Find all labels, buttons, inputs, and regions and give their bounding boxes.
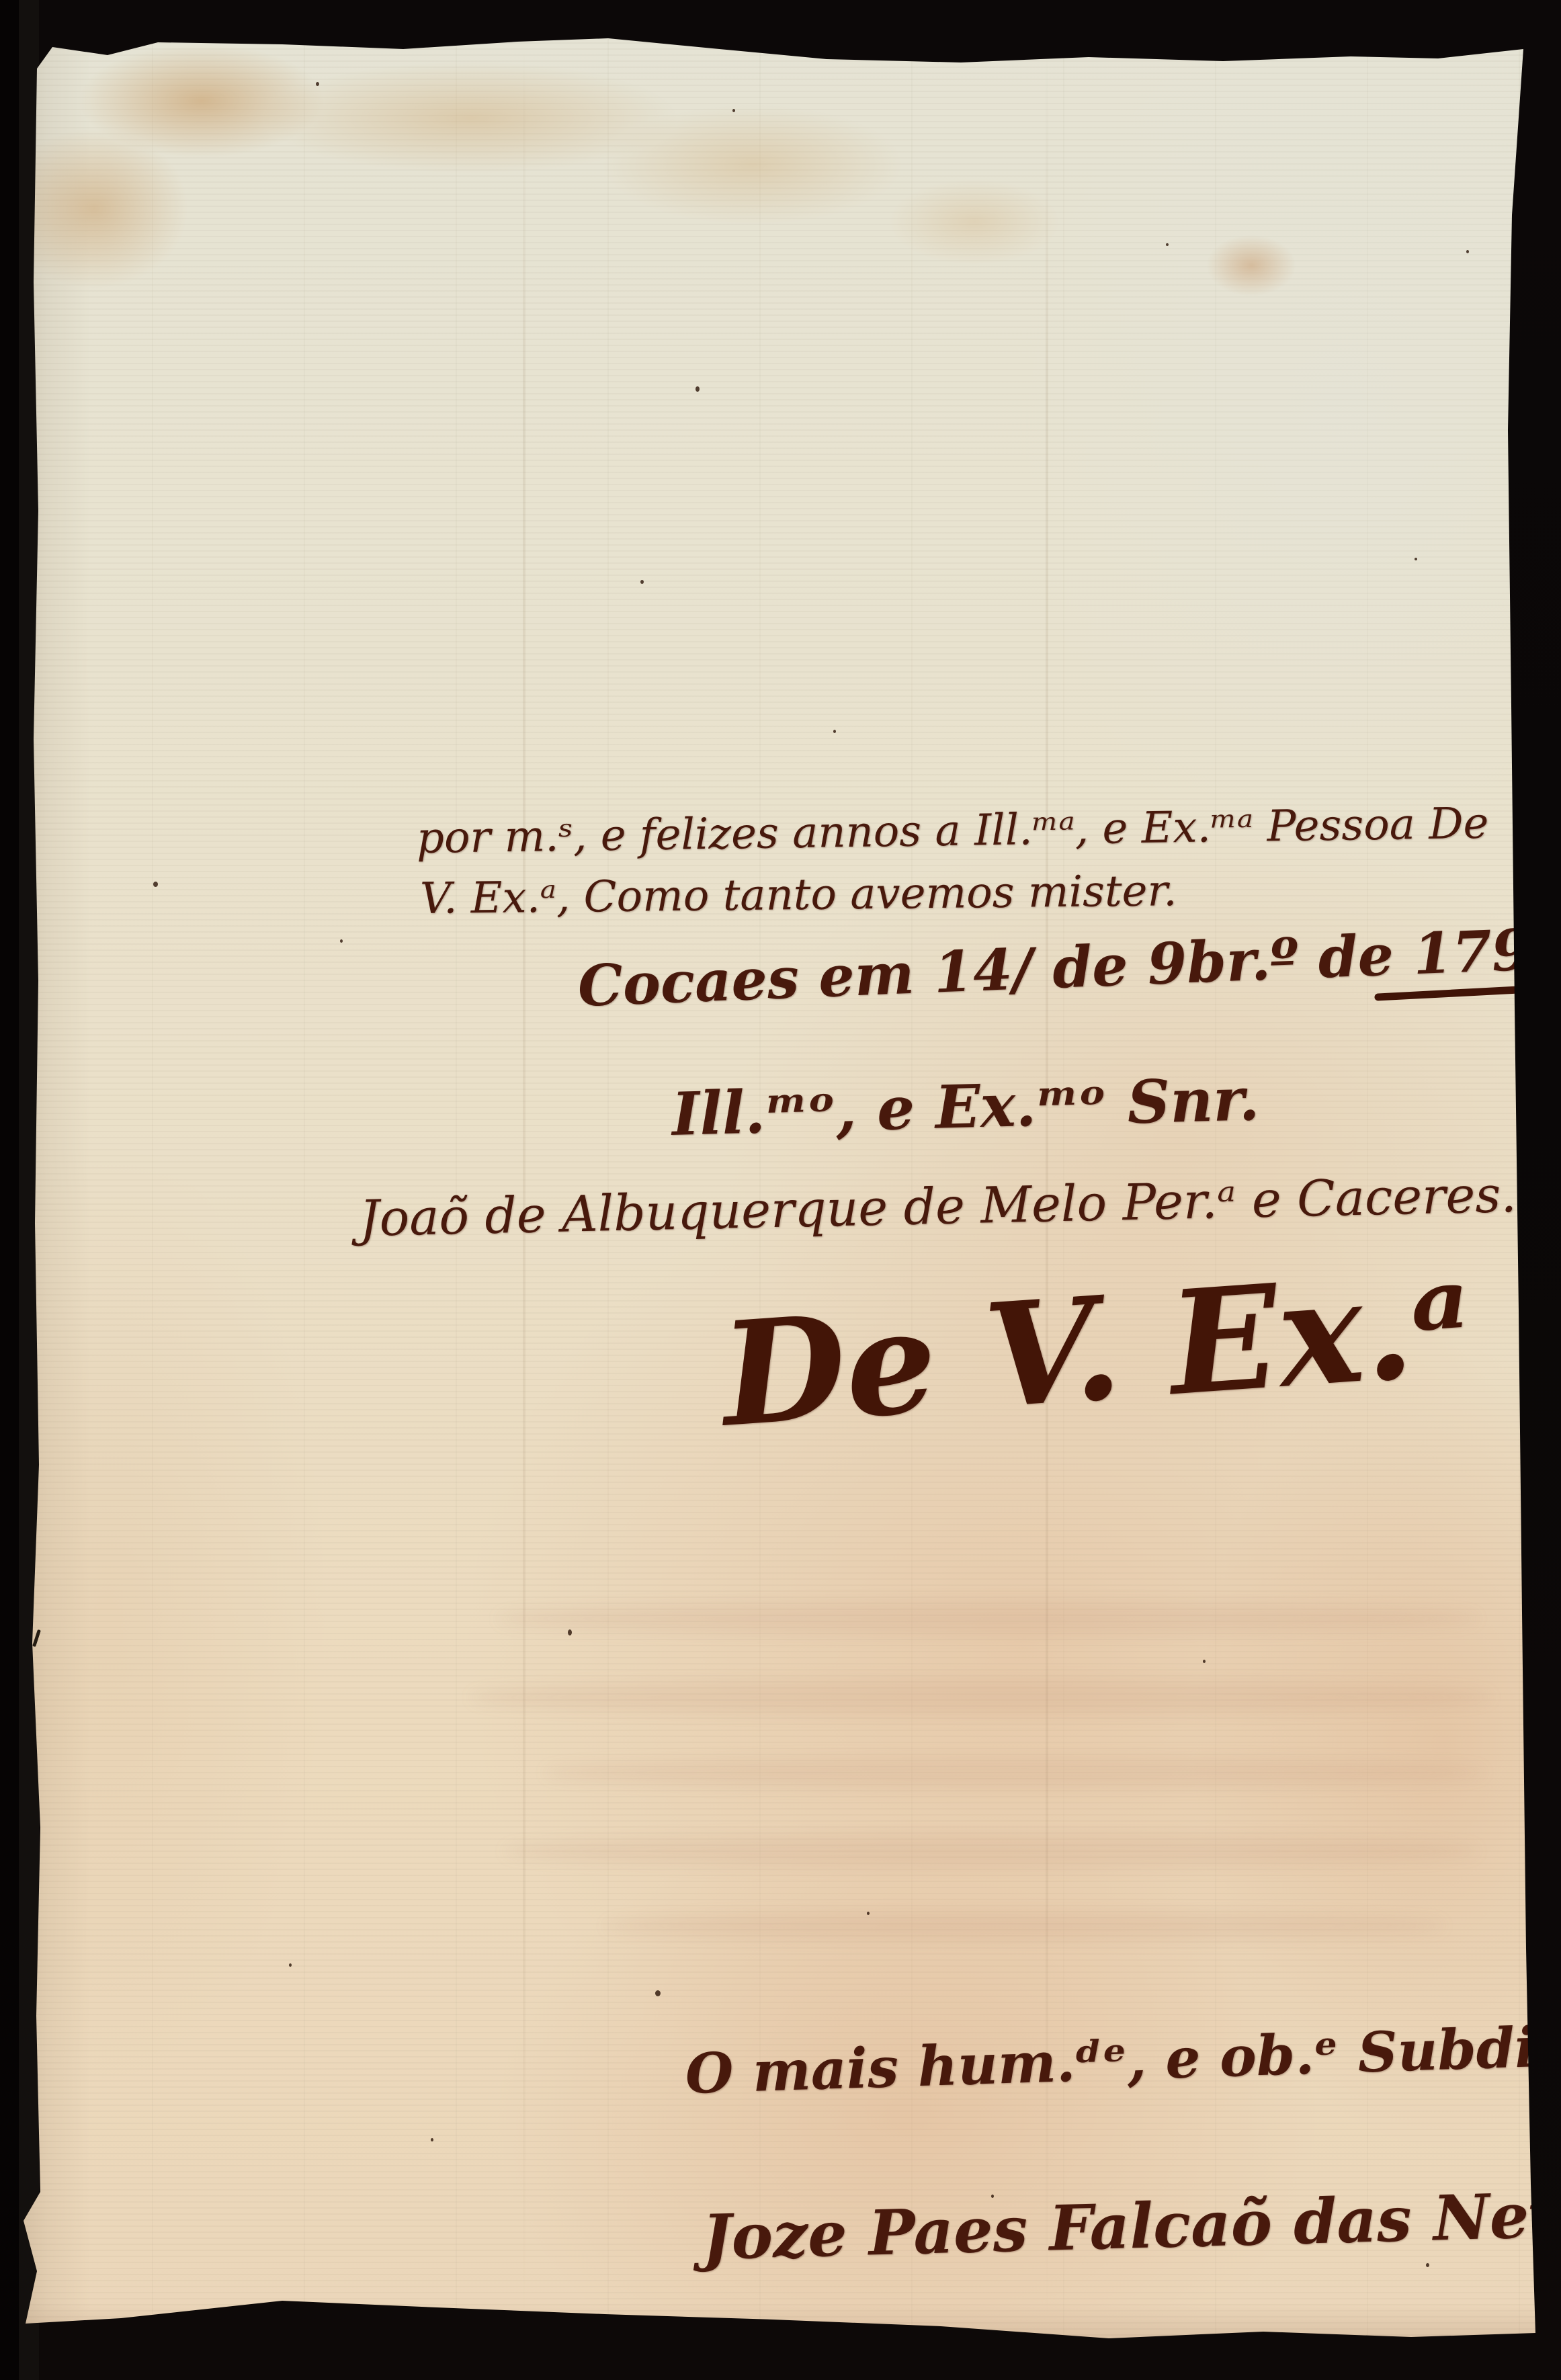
paper-speck	[833, 730, 836, 733]
paper-speck	[1203, 1660, 1206, 1663]
dateline: Cocaes em 14/ de 9br.º de 1795/	[577, 915, 1561, 1019]
closing-line: O mais hum.ᵈᵉ, e ob.ᵉ Subdito	[685, 2014, 1561, 2106]
paper-speck	[1166, 243, 1169, 246]
valediction-flourish: De V. Ex.ᵃ	[716, 1241, 1476, 1457]
manuscript-page: por m.ˢ, e felizes annos a Ill.ᵐᵃ, e Ex.…	[0, 0, 1561, 2380]
paper-speck	[431, 2138, 433, 2141]
ink-bleedthrough	[497, 1603, 1478, 1635]
paper-speck	[1466, 250, 1469, 253]
paper-speck	[289, 1963, 292, 1967]
paper-speck	[340, 939, 343, 943]
ink-bleedthrough	[470, 1680, 1492, 1715]
salutation-line: Ill.ᵐᵒ, e Ex.ᵐᵒ Snr.	[671, 1065, 1261, 1148]
ink-bleedthrough	[544, 1757, 1485, 1788]
paper-speck	[568, 1629, 572, 1635]
paper-speck	[867, 1912, 870, 1915]
edge-tear-mark	[32, 1629, 41, 1647]
addressee-name: Joaõ de Albuquerque de Melo Per.ᵃ e Cace…	[359, 1166, 1517, 1248]
ink-bleedthrough	[605, 1912, 1445, 1940]
body-line-2: V. Ex.ᵃ, Como tanto avemos mister.	[420, 867, 1177, 924]
paper-speck	[655, 1990, 661, 1996]
paper-speck	[1415, 558, 1417, 560]
dateline-year: 1795/	[1412, 915, 1561, 987]
ink-bleedthrough	[504, 1834, 1478, 1868]
signature-name: Joze Paes Falcaõ das Neves	[702, 2178, 1561, 2274]
body-line-1: por m.ˢ, e felizes annos a Ill.ᵐᵃ, e Ex.…	[416, 800, 1488, 864]
paper-speck	[732, 109, 735, 112]
paper-speck	[1426, 2263, 1429, 2267]
dateline-place-and-day: Cocaes em 14/ de 9br.º de	[577, 921, 1415, 1019]
paper-speck	[695, 386, 700, 392]
scan-background: por m.ˢ, e felizes annos a Ill.ᵐᵃ, e Ex.…	[0, 0, 1561, 2380]
paper-speck	[316, 82, 319, 86]
paper-speck	[640, 580, 644, 584]
paper-speck	[153, 882, 158, 887]
